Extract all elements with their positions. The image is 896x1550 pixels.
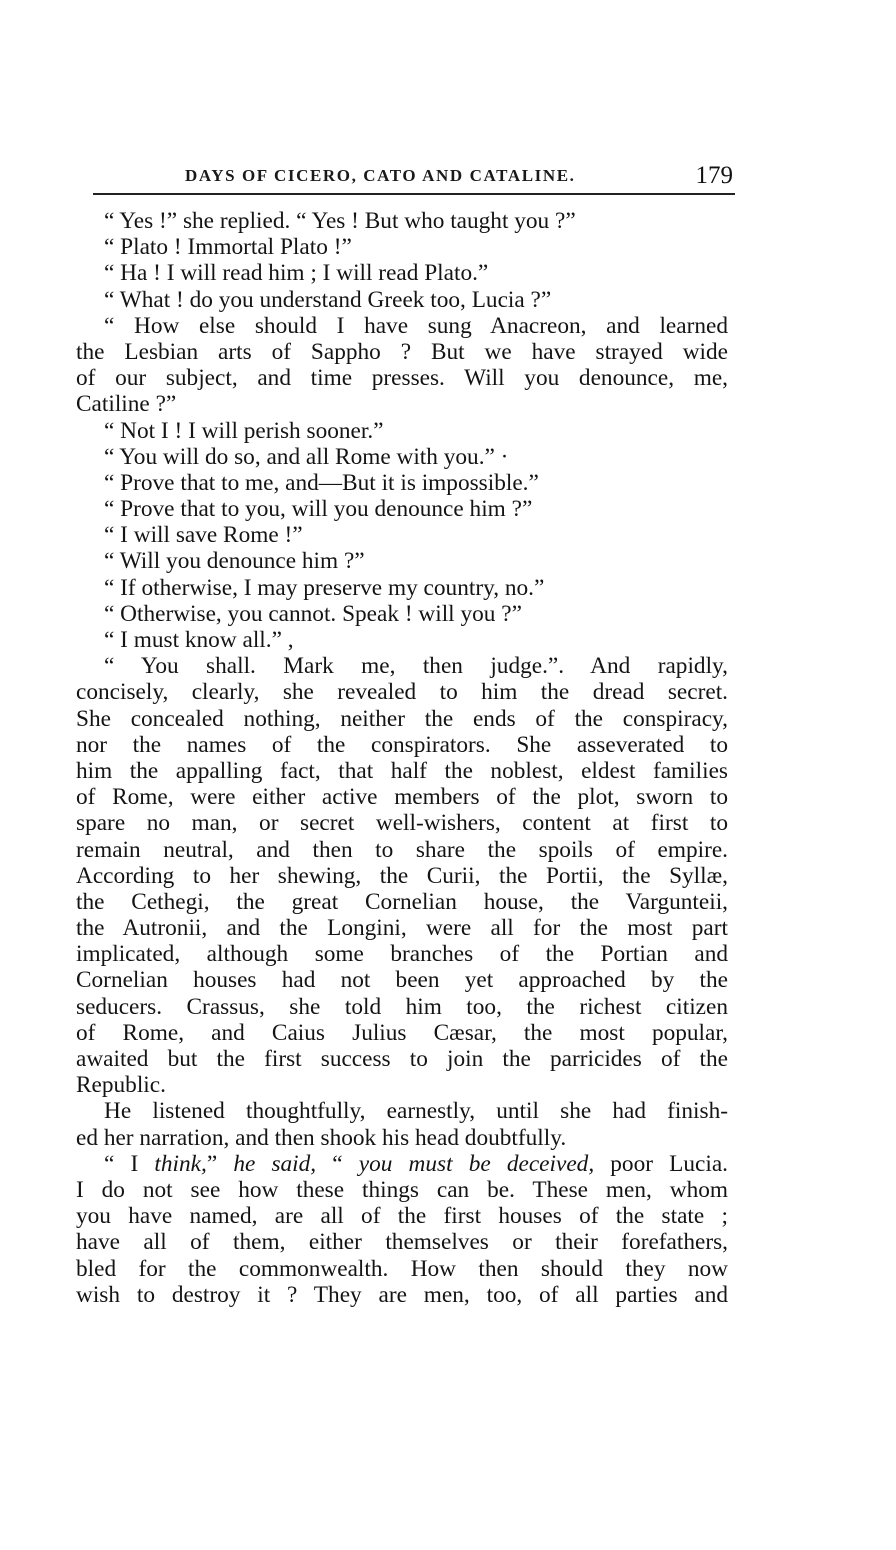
text-line: of Rome, and Caius Julius Cæsar, the mos… xyxy=(76,1020,728,1046)
text-line: of Rome, were either active members of t… xyxy=(76,784,728,810)
text-line: him the appalling fact, that half the no… xyxy=(76,758,728,784)
text-line: “ Not I ! I will perish sooner.” xyxy=(76,418,728,444)
text-line: concisely, clearly, she revealed to him … xyxy=(76,679,728,705)
text-line: remain neutral, and then to share the sp… xyxy=(76,837,728,863)
running-head: Days of Cicero, Cato and Cataline. 179 xyxy=(93,162,735,192)
text-line: you have named, are all of the first hou… xyxy=(76,1203,728,1229)
text-line: “ You will do so, and all Rome with you.… xyxy=(76,444,728,470)
text-line: spare no man, or secret well-wishers, co… xyxy=(76,810,728,836)
body-text: “ Yes !” she replied. “ Yes ! But who ta… xyxy=(76,208,728,1308)
italic-text: you must be deceived, xyxy=(359,1151,594,1177)
text-line: wish to destroy it ? They are men, too, … xyxy=(76,1282,728,1308)
text-line: “ Ha ! I will read him ; I will read Pla… xyxy=(76,260,728,286)
text-line: ed her narration, and then shook his hea… xyxy=(76,1125,728,1151)
text-line: have all of them, either themselves or t… xyxy=(76,1229,728,1255)
text-line: He listened thoughtfully, earnestly, unt… xyxy=(76,1098,728,1124)
book-page: Days of Cicero, Cato and Cataline. 179 “… xyxy=(0,0,896,1550)
text-line: Cornelian houses had not been yet approa… xyxy=(76,967,728,993)
italic-text: he said, xyxy=(233,1151,316,1177)
text-line: “ Yes !” she replied. “ Yes ! But who ta… xyxy=(76,208,728,234)
text-line: the Autronii, and the Longini, were all … xyxy=(76,915,728,941)
text-line: “ Plato ! Immortal Plato !” xyxy=(76,234,728,260)
header-rule xyxy=(93,193,735,195)
text-span: poor Lucia. xyxy=(594,1151,728,1177)
running-title: Days of Cicero, Cato and Cataline. xyxy=(185,166,576,186)
text-line: According to her shewing, the Curii, the… xyxy=(76,863,728,889)
text-line: implicated, although some branches of th… xyxy=(76,941,728,967)
text-line: “ How else should I have sung Anacreon, … xyxy=(76,313,728,339)
text-line: seducers. Crassus, she told him too, the… xyxy=(76,994,728,1020)
text-line: Republic. xyxy=(76,1072,728,1098)
text-line: “ I will save Rome !” xyxy=(76,522,728,548)
text-line: “ If otherwise, I may preserve my countr… xyxy=(76,575,728,601)
text-line: “ I must know all.” , xyxy=(76,627,728,653)
text-line: bled for the commonwealth. How then shou… xyxy=(76,1256,728,1282)
text-line: “ What ! do you understand Greek too, Lu… xyxy=(76,287,728,313)
text-span: ” xyxy=(207,1151,234,1177)
page-number: 179 xyxy=(696,162,734,190)
text-line: nor the names of the conspirators. She a… xyxy=(76,732,728,758)
text-line: of our subject, and time presses. Will y… xyxy=(76,365,728,391)
text-line: “ I think,” he said, “ you must be decei… xyxy=(76,1151,728,1177)
italic-text: think, xyxy=(154,1151,206,1177)
text-line: She concealed nothing, neither the ends … xyxy=(76,706,728,732)
text-span: “ xyxy=(316,1151,359,1177)
text-line: the Cethegi, the great Cornelian house, … xyxy=(76,889,728,915)
text-line: “ Prove that to me, and—But it is imposs… xyxy=(76,470,728,496)
text-line: “ Prove that to you, will you denounce h… xyxy=(76,496,728,522)
text-line: Catiline ?” xyxy=(76,391,728,417)
text-line: “ Otherwise, you cannot. Speak ! will yo… xyxy=(76,601,728,627)
text-line: the Lesbian arts of Sappho ? But we have… xyxy=(76,339,728,365)
text-line: “ Will you denounce him ?” xyxy=(76,548,728,574)
text-line: “ You shall. Mark me, then judge.”. And … xyxy=(76,653,728,679)
text-line: awaited but the first success to join th… xyxy=(76,1046,728,1072)
text-line: I do not see how these things can be. Th… xyxy=(76,1177,728,1203)
text-span: “ I xyxy=(104,1151,154,1177)
